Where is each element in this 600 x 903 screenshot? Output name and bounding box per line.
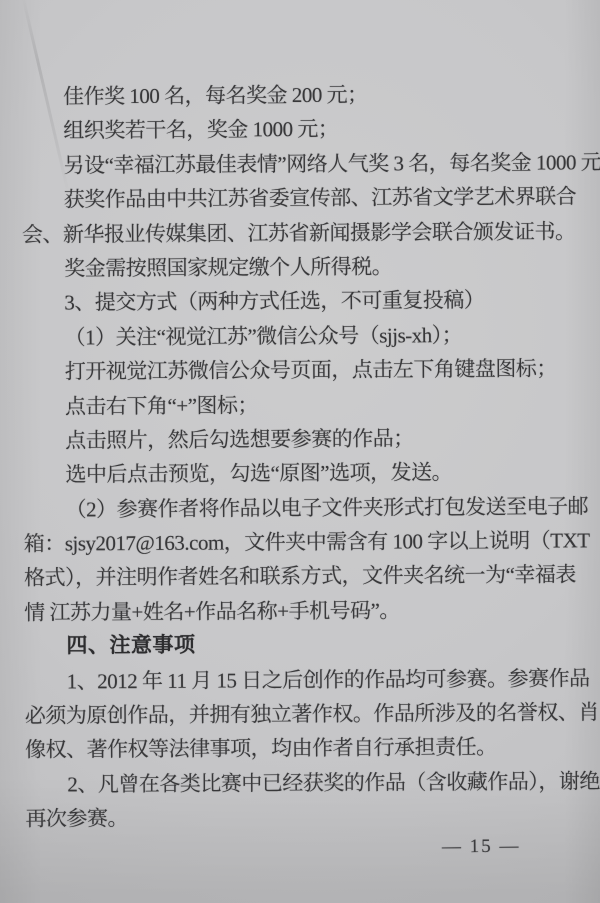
text-line: （2）参赛作者将作品以电子文件夹形式打包发送至电子邮	[24, 489, 600, 527]
text-line: 另设“幸福江苏最佳表情”网络人气奖 3 名，每名奖金 1000 元。	[21, 145, 600, 183]
text-line: 必须为原创作品，并拥有独立著作权。作品所涉及的名誉权、肖	[25, 695, 600, 733]
text-line: 会、新华报业传媒集团、江苏省新闻摄影学会联合颁发证书。	[22, 214, 600, 252]
text-line: 选中后点击预览，勾选“原图”选项，发送。	[23, 454, 600, 492]
document-text-block: 佳作奖 100 名，每名奖金 200 元； 组织奖若干名，奖金 1000 元； …	[0, 76, 600, 836]
text-line: 1、2012 年 11 月 15 日之后创作的作品均可参赛。参赛作品	[25, 661, 600, 699]
text-line: （1）关注“视觉江苏”微信公众号（sjjs-xh）；	[22, 317, 600, 355]
text-line: 情 江苏力量+姓名+作品名称+手机号码”。	[24, 592, 600, 630]
text-line: 再次参赛。	[25, 798, 600, 836]
text-line: 打开视觉江苏微信公众号页面，点击左下角键盘图标；	[23, 351, 600, 389]
text-line: 像权、著作权等法律事项，均由作者自行承担责任。	[25, 730, 600, 768]
text-line: 佳作奖 100 名，每名奖金 200 元；	[21, 76, 600, 114]
text-line: 点击右下角“+”图标；	[23, 386, 600, 424]
text-line: 奖金需按照国家规定缴个人所得税。	[22, 248, 600, 286]
section-heading-notes: 四、注意事项	[24, 626, 600, 664]
page-number: — 15 —	[442, 836, 521, 859]
text-line: 箱：sjsy2017@163.com，文件夹中需含有 100 字以上说明（TXT	[24, 523, 600, 561]
text-line: 组织奖若干名，奖金 1000 元；	[21, 111, 600, 149]
text-line: 2、凡曾在各类比赛中已经获奖的作品（含收藏作品），谢绝	[25, 764, 600, 802]
text-line: 点击照片，然后勾选想要参赛的作品；	[23, 420, 600, 458]
document-page: 佳作奖 100 名，每名奖金 200 元； 组织奖若干名，奖金 1000 元； …	[0, 0, 600, 903]
text-line: 获奖作品由中共江苏省委宣传部、江苏省文学艺术界联合	[22, 179, 600, 217]
text-line: 格式），并注明作者姓名和联系方式，文件夹名统一为“幸福表	[24, 558, 600, 596]
text-line: 3、提交方式（两种方式任选，不可重复投稿）	[22, 283, 600, 321]
